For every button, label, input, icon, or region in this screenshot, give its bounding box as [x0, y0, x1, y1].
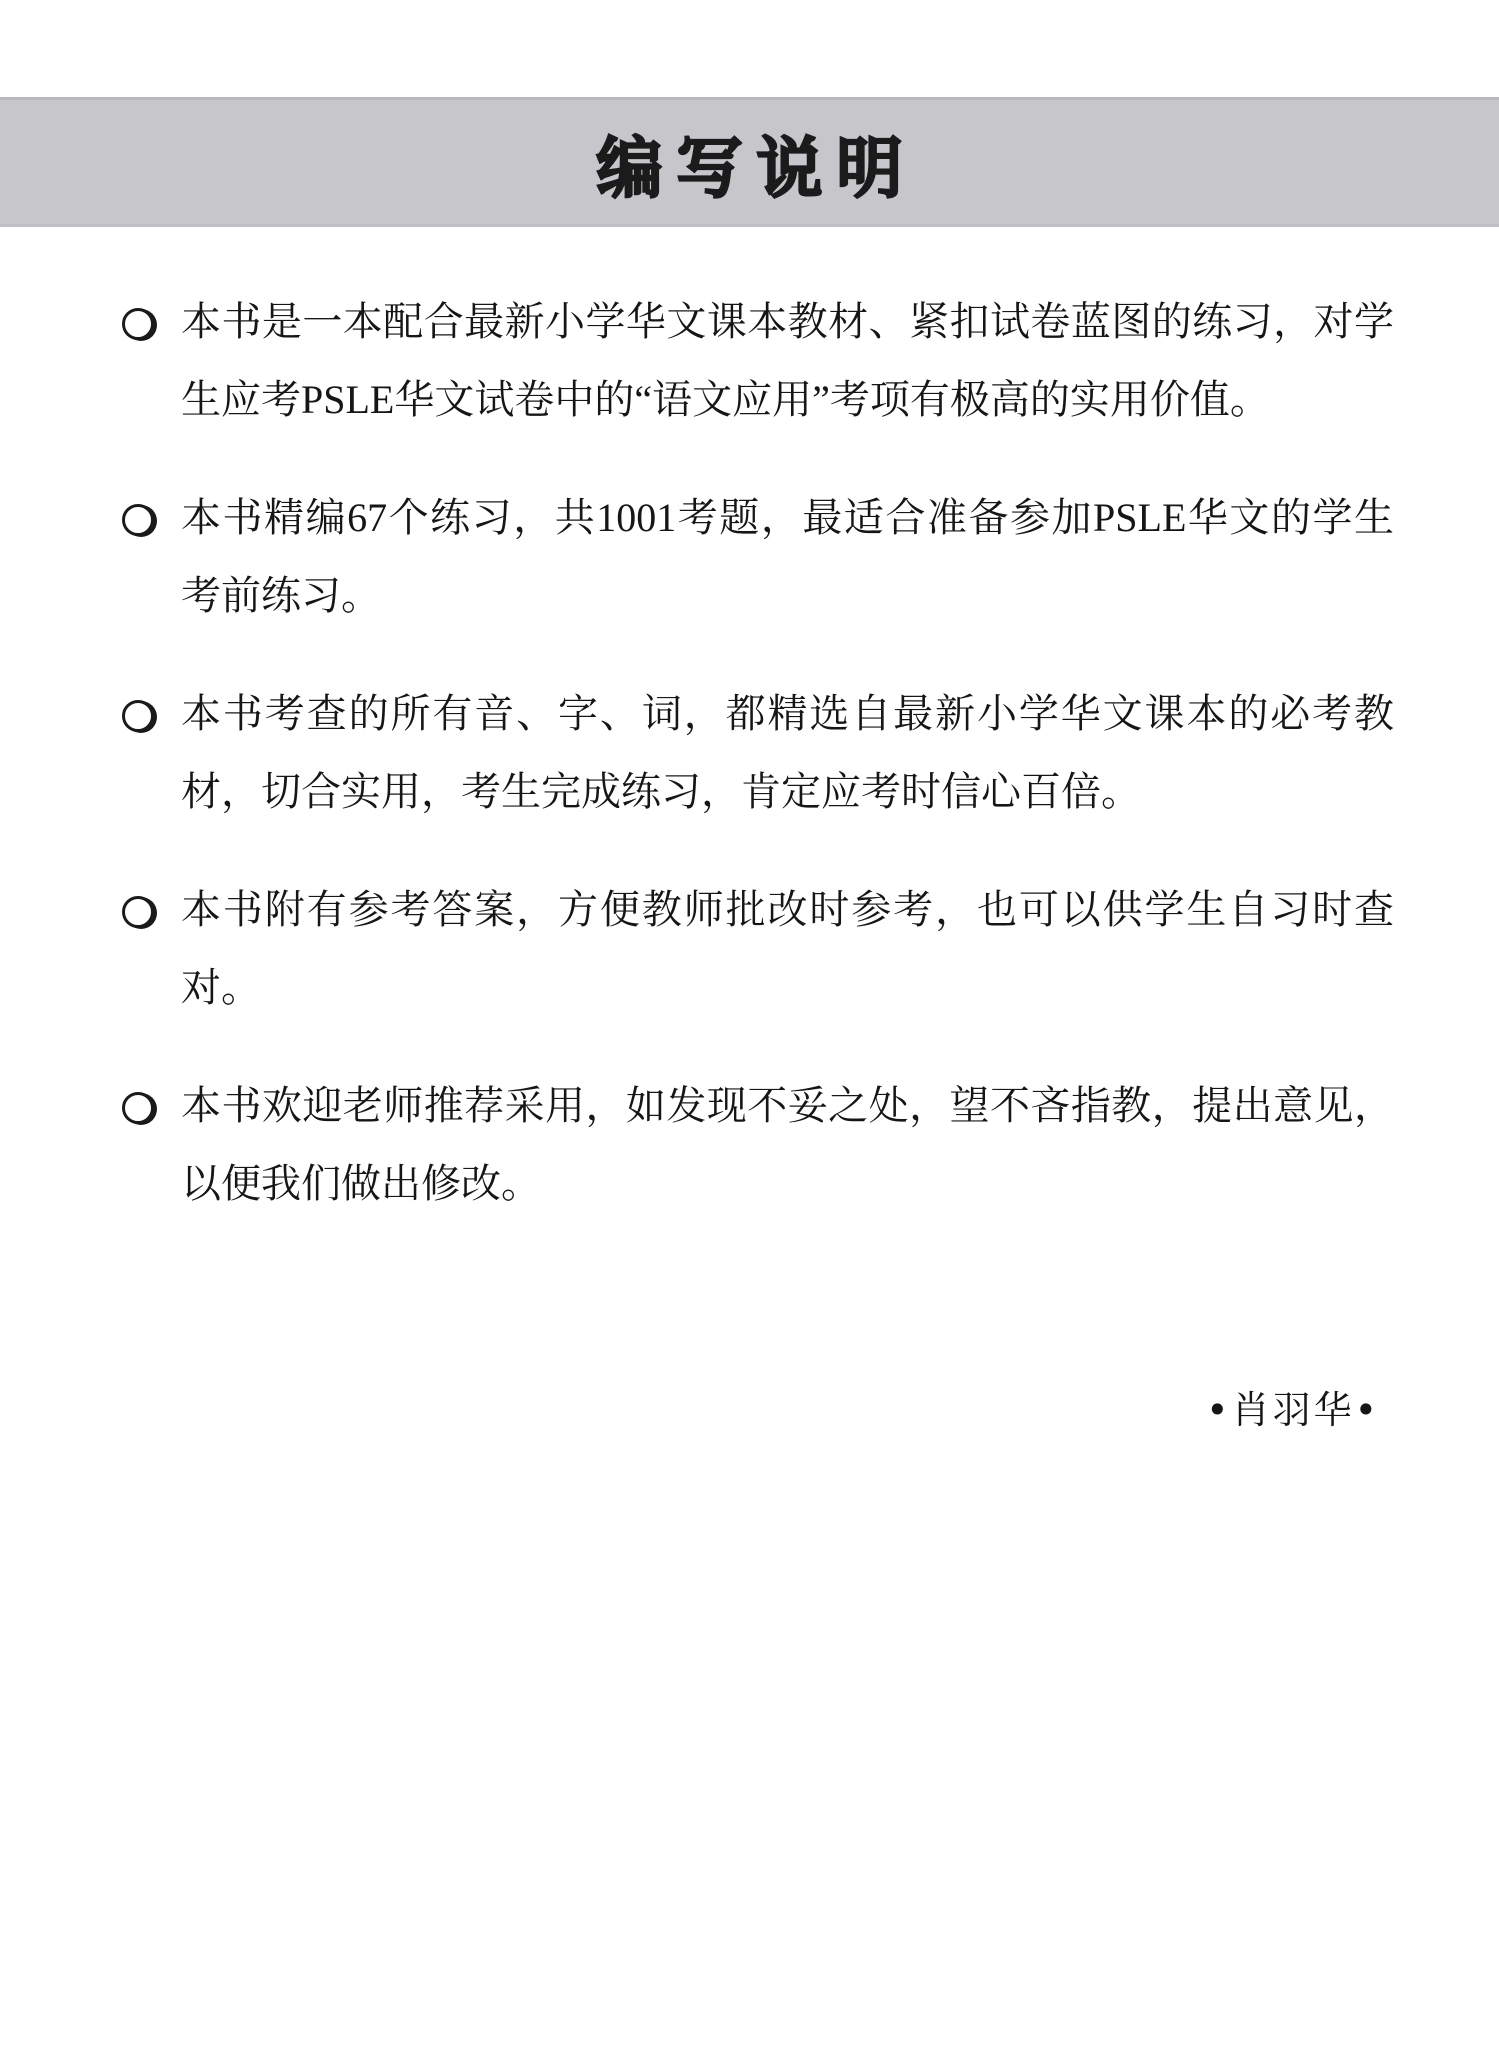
list-item: 本书欢迎老师推荐采用，如发现不妥之处，望不吝指教，提出意见，以便我们做出修改。	[122, 1067, 1394, 1223]
list-item: 本书是一本配合最新小学华文课本教材、紧扣试卷蓝图的练习，对学生应考PSLE华文试…	[122, 283, 1394, 439]
page-title: 编写说明	[597, 115, 917, 210]
author-signature: •肖羽华•	[1206, 1388, 1380, 1432]
document-page: 编写说明 本书是一本配合最新小学华文课本教材、紧扣试卷蓝图的练习，对学生应考PS…	[0, 0, 1499, 2049]
circle-bullet-icon	[122, 1092, 154, 1124]
note-text: 本书欢迎老师推荐采用，如发现不妥之处，望不吝指教，提出意见，以便我们做出修改。	[181, 1083, 1394, 1206]
note-text: 本书考查的所有音、字、词，都精选自最新小学华文课本的必考教材，切合实用，考生完成…	[181, 691, 1394, 814]
circle-bullet-icon	[122, 700, 154, 732]
note-text: 本书是一本配合最新小学华文课本教材、紧扣试卷蓝图的练习，对学生应考PSLE华文试…	[181, 299, 1394, 422]
circle-bullet-icon	[122, 308, 154, 340]
list-item: 本书考查的所有音、字、词，都精选自最新小学华文课本的必考教材，切合实用，考生完成…	[122, 675, 1394, 831]
list-item: 本书精编67个练习，共1001考题，最适合准备参加PSLE华文的学生考前练习。	[122, 479, 1394, 635]
note-text: 本书附有参考答案，方便教师批改时参考，也可以供学生自习时查对。	[181, 887, 1394, 1010]
circle-bullet-icon	[122, 504, 154, 536]
circle-bullet-icon	[122, 896, 154, 928]
note-text: 本书精编67个练习，共1001考题，最适合准备参加PSLE华文的学生考前练习。	[181, 495, 1394, 618]
notes-list: 本书是一本配合最新小学华文课本教材、紧扣试卷蓝图的练习，对学生应考PSLE华文试…	[122, 283, 1394, 1263]
list-item: 本书附有参考答案，方便教师批改时参考，也可以供学生自习时查对。	[122, 871, 1394, 1027]
title-band: 编写说明	[0, 97, 1499, 227]
